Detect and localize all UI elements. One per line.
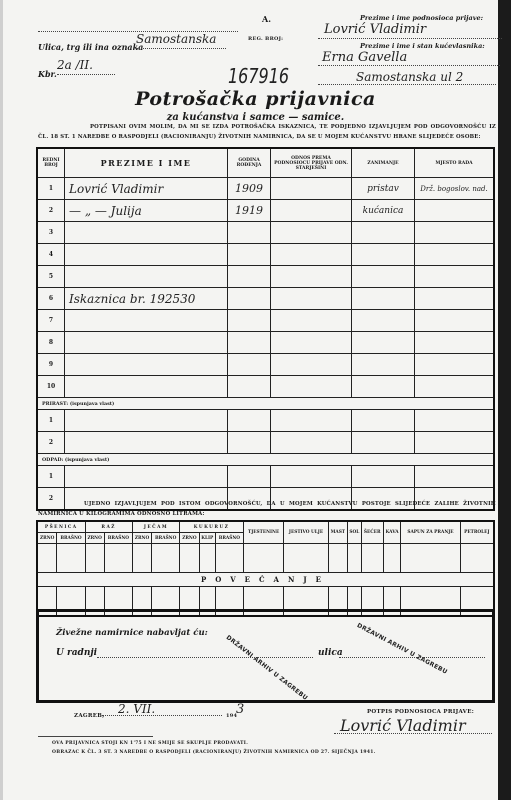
workplace-cell[interactable] — [415, 410, 495, 432]
table-row: 1 Lovrić Vladimir 1909 pristav Drž. bogo… — [37, 178, 494, 200]
name-cell[interactable]: Lovrić Vladimir — [65, 178, 228, 200]
year-cell[interactable] — [228, 244, 271, 266]
relation-cell[interactable] — [271, 354, 352, 376]
row-number: 3 — [37, 222, 65, 244]
footer-rule — [38, 736, 153, 737]
table-row: 2 — „ — Julija 1919 kućanica — [37, 200, 494, 222]
row-number: 4 — [37, 244, 65, 266]
col-mjesto-rada: MJESTO RADA — [415, 148, 495, 178]
col-kukuruz-brasno: BRAŠNO — [215, 533, 243, 544]
shop-box-label: Živežne namirnice nabavljat ću: — [56, 628, 208, 638]
prirast-section-header: PRIRAST: (ispunjava vlast) — [37, 398, 494, 410]
occupation-cell[interactable] — [352, 288, 415, 310]
col-redni-broj: REDNI BROJ — [37, 148, 65, 178]
year-cell[interactable] — [228, 432, 271, 454]
col-odnos: ODNOS PREMA PODNOSIOCU PRIJAVE ODN. STAR… — [271, 148, 352, 178]
name-cell[interactable] — [65, 466, 228, 488]
year-cell[interactable] — [228, 410, 271, 432]
workplace-cell[interactable] — [415, 354, 495, 376]
table-row: 1 — [37, 466, 494, 488]
name-cell[interactable]: — „ — Julija — [65, 200, 228, 222]
relation-cell[interactable] — [271, 266, 352, 288]
table-row: 9 — [37, 354, 494, 376]
year-cell[interactable] — [228, 354, 271, 376]
table-row: 8 — [37, 332, 494, 354]
shop-label: U radnji — [56, 648, 97, 658]
name-cell[interactable] — [65, 410, 228, 432]
year-cell[interactable] — [228, 288, 271, 310]
registration-number: 167916 — [228, 64, 289, 88]
city-label: ZAGREB, — [74, 713, 104, 719]
intro-paragraph: POTPISANI OVIM MOLIM, DA MI SE IZDA POTR… — [38, 122, 496, 142]
date-field[interactable]: 2. VII. — [102, 702, 222, 716]
stock-cell[interactable] — [132, 544, 151, 573]
stock-cell[interactable] — [180, 544, 199, 573]
form-reference-note: OBRAZAC K ČL. 3 ST. 3 NAREDBE O RASPODJE… — [52, 750, 376, 755]
stock-cell[interactable] — [215, 544, 243, 573]
increase-label: POVEĆANJE — [37, 573, 494, 587]
increase-row-header: POVEĆANJE — [37, 573, 494, 587]
workplace-cell[interactable] — [415, 310, 495, 332]
row-number: 2 — [37, 432, 65, 454]
table-row: 7 — [37, 310, 494, 332]
year-cell[interactable] — [228, 222, 271, 244]
street-field[interactable]: Samostanska — [136, 32, 226, 49]
stock-cell[interactable] — [37, 544, 57, 573]
year-cell[interactable] — [228, 376, 271, 398]
col-secer: ŠEĆER — [361, 521, 383, 544]
col-jestivo-ulje: JESTIVO ULJE — [284, 521, 328, 544]
workplace-cell[interactable] — [415, 376, 495, 398]
stock-paragraph: UJEDNO IZJAVLJUJEM POD ISTOM ODGOVORNOŠĆ… — [38, 499, 496, 519]
relation-cell[interactable] — [271, 410, 352, 432]
row-number: 7 — [37, 310, 65, 332]
name-cell[interactable] — [65, 266, 228, 288]
applicant-label: Prezime i ime podnosioca prijave: — [360, 14, 483, 22]
stock-cell[interactable] — [328, 544, 347, 573]
col-raz-zrno: ZRNO — [85, 533, 104, 544]
odpad-label: ODPAD: (ispunjava vlast) — [37, 454, 494, 466]
col-zanimanje: ZANIMANJE — [352, 148, 415, 178]
house-no-field[interactable]: 2a /II. — [57, 58, 115, 75]
relation-cell[interactable] — [271, 466, 352, 488]
workplace-cell[interactable] — [415, 432, 495, 454]
name-cell[interactable] — [65, 332, 228, 354]
col-jecam-brasno: BRAŠNO — [152, 533, 180, 544]
stock-cell[interactable] — [152, 544, 180, 573]
page-title: Potrošačka prijavnica — [0, 88, 511, 110]
occupation-cell[interactable]: pristav — [352, 178, 415, 200]
year-cell[interactable] — [228, 266, 271, 288]
col-sapun: SAPUN ZA PRANJE — [401, 521, 460, 544]
workplace-cell[interactable]: Drž. bogoslov. nad. — [415, 178, 495, 200]
occupation-cell[interactable] — [352, 354, 415, 376]
stock-cell[interactable] — [361, 544, 383, 573]
stock-cell[interactable] — [199, 544, 215, 573]
prirast-label: PRIRAST: (ispunjava vlast) — [37, 398, 494, 410]
occupation-cell[interactable] — [352, 266, 415, 288]
stock-cell[interactable] — [243, 544, 284, 573]
col-psenica-brasno: BRAŠNO — [57, 533, 85, 544]
col-jecam-zrno: ZRNO — [132, 533, 151, 544]
relation-cell[interactable] — [271, 310, 352, 332]
occupation-cell[interactable] — [352, 432, 415, 454]
table-row: 4 — [37, 244, 494, 266]
reg-broj-label: REG. BROJ: — [248, 36, 283, 42]
name-cell[interactable] — [65, 310, 228, 332]
name-cell[interactable] — [65, 376, 228, 398]
stock-table: PŠENICA RAŽ JEČAM KUKURUZ TJESTENINE JES… — [36, 520, 495, 617]
archive-stamp: DRŽAVNI ARHIV U ZAGREBU — [356, 622, 449, 676]
stock-cell[interactable] — [383, 544, 400, 573]
workplace-cell[interactable] — [415, 244, 495, 266]
stock-row — [37, 544, 494, 573]
row-number: 6 — [37, 288, 65, 310]
stock-cell[interactable] — [57, 544, 85, 573]
stock-cell[interactable] — [348, 544, 362, 573]
group-psenica: PŠENICA — [37, 521, 85, 533]
stock-cell[interactable] — [104, 544, 132, 573]
signature-label: POTPIS PODNOSIOCA PRIJAVE: — [367, 709, 474, 715]
name-cell[interactable] — [65, 222, 228, 244]
name-cell[interactable] — [65, 354, 228, 376]
row-number: 8 — [37, 332, 65, 354]
name-cell[interactable] — [65, 432, 228, 454]
relation-cell[interactable] — [271, 432, 352, 454]
occupation-cell[interactable] — [352, 410, 415, 432]
year-cell[interactable] — [228, 466, 271, 488]
name-cell[interactable] — [65, 244, 228, 266]
group-kukuruz: KUKURUZ — [180, 521, 244, 533]
occupation-cell[interactable] — [352, 332, 415, 354]
stock-cell[interactable] — [85, 544, 104, 573]
table-row: 1 — [37, 410, 494, 432]
occupation-cell[interactable] — [352, 376, 415, 398]
row-number: 1 — [37, 178, 65, 200]
owner-label: Prezime i ime i stan kućevlasnika: — [360, 42, 485, 50]
form-letter: A. — [262, 14, 271, 24]
row-number: 10 — [37, 376, 65, 398]
col-tjestenine: TJESTENINE — [243, 521, 284, 544]
col-prezime-ime: PREZIME I IME — [65, 148, 228, 178]
occupation-cell[interactable]: kućanica — [352, 200, 415, 222]
col-petrolej: PETROLEJ — [460, 521, 494, 544]
owner-name-field[interactable]: Erna Gavella — [318, 50, 500, 66]
occupation-cell[interactable] — [352, 310, 415, 332]
relation-cell[interactable] — [271, 178, 352, 200]
group-jecam: JEČAM — [132, 521, 179, 533]
year-cell[interactable]: 1909 — [228, 178, 271, 200]
row-number: 1 — [37, 410, 65, 432]
archive-stamp: DRŽAVNI ARHIV U ZAGREBU — [225, 634, 309, 702]
relation-cell[interactable] — [271, 200, 352, 222]
relation-cell[interactable] — [271, 332, 352, 354]
workplace-cell[interactable] — [415, 266, 495, 288]
col-godina: GODINA ROĐENJA — [228, 148, 271, 178]
owner-address-field[interactable]: Samostanska ul 2 — [318, 70, 496, 85]
table-row: 3 — [37, 222, 494, 244]
year-cell[interactable] — [228, 310, 271, 332]
table-row: 5 — [37, 266, 494, 288]
row-number: 1 — [37, 466, 65, 488]
stock-cell[interactable] — [460, 544, 494, 573]
workplace-cell[interactable] — [415, 466, 495, 488]
workplace-cell[interactable] — [415, 288, 495, 310]
name-cell[interactable]: Iskaznica br. 192530 — [65, 288, 228, 310]
relation-cell[interactable] — [271, 222, 352, 244]
relation-cell[interactable] — [271, 376, 352, 398]
col-raz-brasno: BRAŠNO — [104, 533, 132, 544]
odpad-section-header: ODPAD: (ispunjava vlast) — [37, 454, 494, 466]
col-kukuruz-klip: KLIP — [199, 533, 215, 544]
col-mast: MAST — [328, 521, 347, 544]
persons-table: REDNI BROJ PREZIME I IME GODINA ROĐENJA … — [36, 147, 495, 511]
street-label: Ulica, trg ili ina oznaka — [38, 42, 143, 52]
table-row: 10 — [37, 376, 494, 398]
year-cell[interactable] — [228, 332, 271, 354]
col-kukuruz-zrno: ZRNO — [180, 533, 199, 544]
occupation-cell[interactable] — [352, 244, 415, 266]
year-suffix[interactable]: 3 — [236, 702, 244, 717]
col-psenica-zrno: ZRNO — [37, 533, 57, 544]
col-kava: KAVA — [383, 521, 400, 544]
row-number: 9 — [37, 354, 65, 376]
row-number: 5 — [37, 266, 65, 288]
col-sol: SOL — [348, 521, 362, 544]
row-number: 2 — [37, 200, 65, 222]
occupation-cell[interactable] — [352, 466, 415, 488]
table-row: 6 Iskaznica br. 192530 — [37, 288, 494, 310]
workplace-cell[interactable] — [415, 222, 495, 244]
signature-field[interactable]: Lovrić Vladimir — [334, 716, 492, 734]
shop-field[interactable] — [97, 656, 313, 658]
relation-cell[interactable] — [271, 288, 352, 310]
workplace-cell[interactable] — [415, 332, 495, 354]
occupation-cell[interactable] — [352, 222, 415, 244]
table-row: 2 — [37, 432, 494, 454]
stock-cell[interactable] — [401, 544, 460, 573]
applicant-field[interactable]: Lovrić Vladimir — [318, 22, 502, 39]
year-cell[interactable]: 1919 — [228, 200, 271, 222]
group-raz: RAŽ — [85, 521, 132, 533]
house-no-label: Kbr. — [38, 69, 57, 79]
stock-cell[interactable] — [284, 544, 328, 573]
price-note: OVA PRIJAVNICA STOJI KN 1'75 I NE SMIJE … — [52, 741, 248, 746]
workplace-cell[interactable] — [415, 200, 495, 222]
relation-cell[interactable] — [271, 244, 352, 266]
shop-box: Živežne namirnice nabavljat ću: U radnji… — [36, 609, 495, 703]
